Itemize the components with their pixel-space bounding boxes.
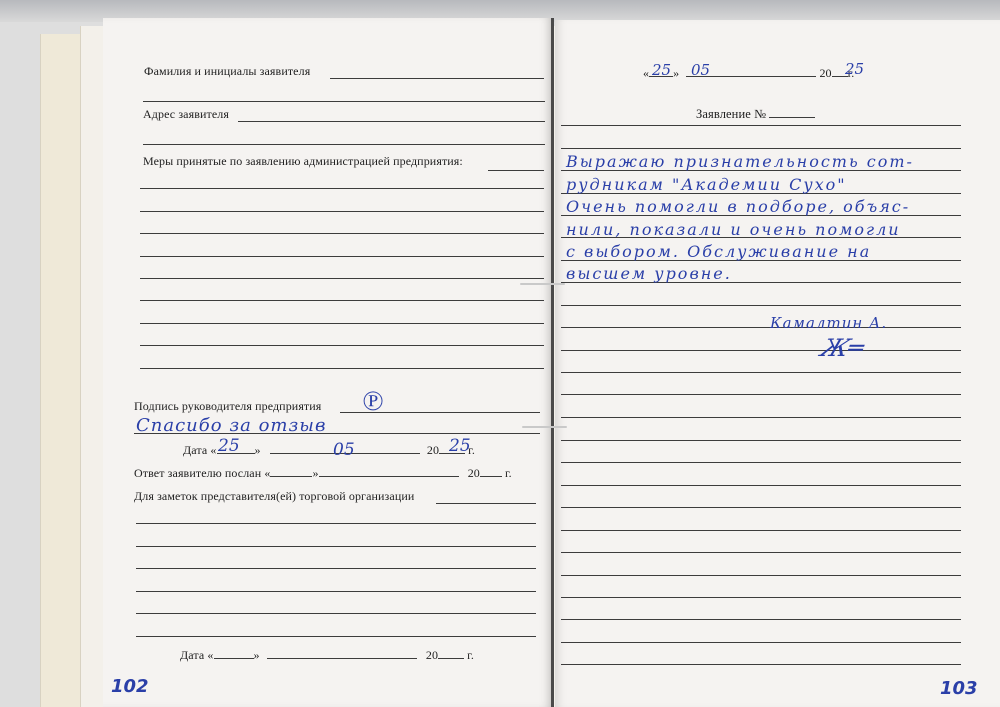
handwritten-line: Очень помогли в подборе, объяс- — [566, 197, 910, 216]
book-spine — [551, 18, 554, 707]
signer-name: Камалтин А. — [770, 314, 887, 332]
applicant-name-label: Фамилия и инициалы заявителя — [144, 64, 310, 79]
ruled-line — [561, 372, 961, 373]
manager-signature: ℗ — [362, 384, 383, 418]
decision-date-month: 05 — [333, 440, 355, 460]
ruled-line — [140, 256, 544, 257]
ruled-line — [561, 148, 961, 149]
manager-note-handwritten: Спасибо за отзыв — [136, 415, 326, 436]
statement-title: Заявление № — [696, 107, 815, 122]
ruled-line — [136, 591, 536, 592]
ruled-line — [561, 394, 961, 395]
notes-label: Для заметок представителя(ей) торговой о… — [134, 489, 414, 504]
applicant-name-field — [330, 78, 544, 79]
ruled-line — [561, 530, 961, 531]
applicant-address-field — [238, 121, 545, 122]
ruled-line — [136, 568, 536, 569]
decision-date-year: 25 — [449, 436, 471, 456]
ruled-line — [561, 125, 961, 126]
ruled-line — [561, 327, 961, 328]
statement-date: «» 20г. — [643, 66, 854, 81]
ruled-line — [561, 305, 961, 306]
ruled-line — [561, 462, 961, 463]
page-number-right: 103 — [940, 678, 978, 699]
ruled-line — [140, 300, 544, 301]
ruled-line — [140, 233, 544, 234]
ruled-line — [561, 552, 961, 553]
ruled-line — [561, 575, 961, 576]
ruled-line — [561, 642, 961, 643]
reply-sent: Ответ заявителю послан «» 20 г. — [134, 466, 512, 481]
handwritten-line: с выбором. Обслуживание на — [566, 242, 871, 261]
statement-date-month: 05 — [691, 61, 710, 79]
ruled-line — [140, 368, 544, 369]
measures-field — [488, 170, 544, 171]
ruled-line — [561, 440, 961, 441]
handwritten-line: рудникам "Академии Сухо" — [566, 175, 847, 194]
right-page — [555, 20, 1000, 707]
handwritten-line: Выражаю признательность сот- — [566, 152, 914, 171]
ruled-line — [136, 523, 536, 524]
ruled-line — [561, 597, 961, 598]
ruled-line — [561, 350, 961, 351]
ruled-line — [561, 619, 961, 620]
ruled-line — [561, 417, 961, 418]
notes-field — [436, 503, 536, 504]
measures-label: Меры принятые по заявлению администрацие… — [143, 154, 463, 169]
footer-date: Дата «» 20 г. — [180, 648, 474, 663]
handwritten-line: высшем уровне. — [566, 264, 732, 283]
statement-date-year: 25 — [845, 60, 864, 78]
ruled-line — [136, 546, 536, 547]
ruled-line — [140, 188, 544, 189]
ruled-line — [140, 278, 544, 279]
ruled-line — [140, 323, 544, 324]
ruled-line — [136, 613, 536, 614]
decision-date-day: 25 — [218, 436, 240, 456]
manager-signature-label: Подпись руководителя предприятия — [134, 399, 321, 414]
handwritten-line: нили, показали и очень помогли — [566, 220, 901, 239]
ruled-line — [140, 345, 544, 346]
ruled-line — [136, 636, 536, 637]
applicant-address-label: Адрес заявителя — [143, 107, 229, 122]
page-number-left: 102 — [111, 676, 149, 697]
ruled-line — [561, 507, 961, 508]
ruled-line — [140, 211, 544, 212]
ruled-line — [561, 664, 961, 665]
applicant-address-field-cont — [143, 144, 545, 145]
staple-bottom — [522, 426, 567, 428]
statement-date-day: 25 — [652, 61, 671, 79]
staple-top — [520, 283, 565, 285]
ruled-line — [561, 485, 961, 486]
applicant-name-field-cont — [143, 101, 545, 102]
